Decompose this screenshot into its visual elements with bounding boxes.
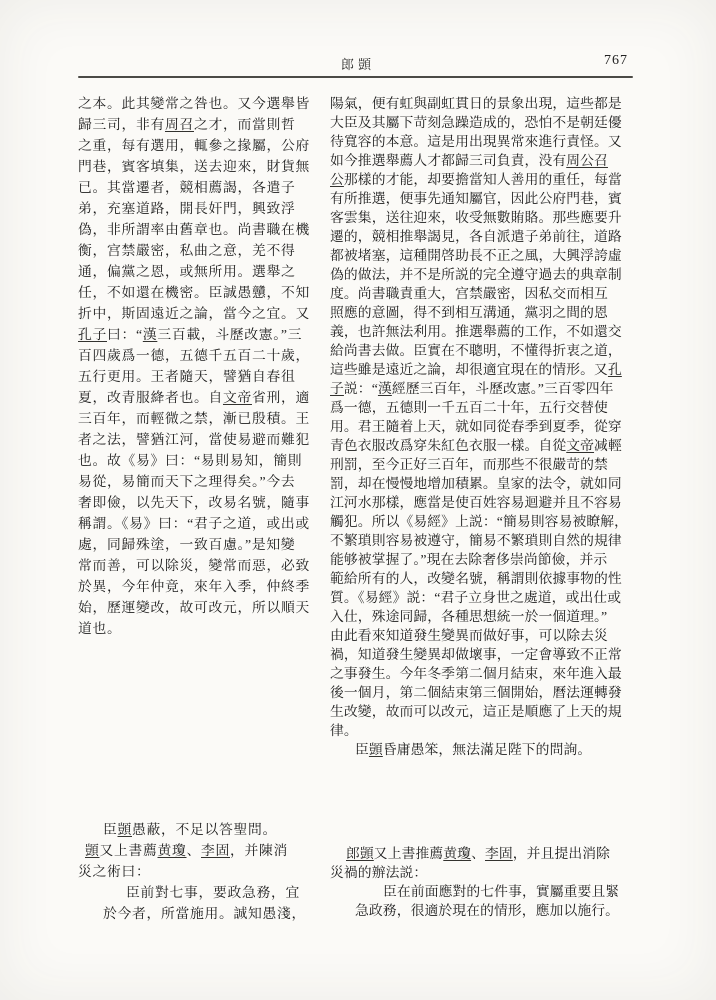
proper-name-underline: 李固 [201, 843, 230, 858]
text-line: 爲一德，五德則一千五百二十年，五行交替使 [330, 398, 638, 417]
text-line: 能够被掌握了。”現在去除奢侈崇尚節儉，并示 [330, 550, 638, 569]
text-line: 客雲集，送往迎來，收受無數賄賂。那些應要升 [330, 208, 638, 227]
text-line: 範給所有的人，改變名號，稱謂則依據事物的性 [330, 569, 638, 588]
proper-name-underline: 文帝 [566, 438, 594, 453]
text-line: 奢即儉，以先天下，改易名號，隨事 [78, 492, 322, 513]
text-line: 之本。此其變常之咎也。又今選舉皆 [78, 93, 322, 114]
translation-column: 陽氣，便有虹與副虹貫日的景象出現，這些都是大臣及其屬下苛刻急躁造成的，恐怕不是朝… [330, 94, 638, 920]
text-line: 如今推選舉薦人才都歸三司負責，没有周公召 [330, 151, 638, 170]
proper-name-underline: 召 [594, 153, 608, 168]
text-line: 有所推選，便事先通知屬官，因此公府門巷，賓 [330, 189, 638, 208]
text-line: 義，也許無法利用。推選舉薦的工作，不如還交 [330, 322, 638, 341]
text-line: 易從，易簡而天下之理得矣。”今去 [78, 471, 322, 492]
text-line: 折中，斯固遠近之論，當今之宜。又 [78, 303, 322, 324]
text-line: 急政務，很適於現在的情形，應加以施行。 [330, 901, 638, 920]
text-line: 罰，却在慢慢地增加積累。皇家的法令，就如同 [330, 474, 638, 493]
text-line: 歸三司，非有周召之才，而當則哲 [78, 114, 322, 135]
text-line: 也。故《易》曰：“易則易知，簡則 [78, 450, 322, 471]
text-line: 始，歷運變改，故可改元，所以順天 [78, 597, 322, 618]
book-page: 郎顗 767 之本。此其變常之咎也。又今選舉皆歸三司，非有周召之才，而當則哲之重… [0, 0, 716, 1000]
text-line: 由此看來知道發生變異而做好事，可以除去災 [330, 626, 638, 645]
text-line: 門巷，賓客填集，送去迎來，財貨無 [78, 156, 322, 177]
text-line: 用。君王隨着上天，就如同從春季到夏季，從穿 [330, 417, 638, 436]
proper-name-underline: 召 [179, 117, 194, 132]
text-line: 這些雖是遠近之論，却很適宜現在的情形。又孔 [330, 360, 638, 379]
text-line: 災之術曰： [78, 861, 322, 882]
text-line: 孔子曰：“漢三百載，斗歷改憲。”三 [78, 324, 322, 345]
proper-name-underline: 漢 [143, 327, 158, 342]
text-line: 通，偏黨之恩，或無所用。選舉之 [78, 261, 322, 282]
text-line: 百四歲爲一德，五德千五百二十歲， [78, 345, 322, 366]
text-line: 刑罰，至今正好三百年，而那些不很嚴苛的禁 [330, 455, 638, 474]
proper-name-underline: 顗 [118, 822, 133, 837]
text-line: 臣在前面應對的七件事，實屬重要且緊 [330, 882, 638, 901]
text-line: 災禍的辦法説： [330, 863, 638, 882]
text-line: 陽氣，便有虹與副虹貫日的景象出現，這些都是 [330, 94, 638, 113]
text-line: 夏，改青服絳者也。自文帝省刑，適 [78, 387, 322, 408]
text-line: 於異，今年仲竟，來年入季，仲終季 [78, 576, 322, 597]
original-text-column: 之本。此其變常之咎也。又今選舉皆歸三司，非有周召之才，而當則哲之重，每有選用，輒… [78, 93, 322, 924]
text-line: 待寬容的本意。這是用出現異常來進行責怪。又 [330, 132, 638, 151]
proper-name-underline: 顗 [369, 742, 383, 757]
proper-name-underline: 黄瓊 [443, 846, 471, 861]
text-line: 任，不如還在機密。臣誠愚戇，不知 [78, 282, 322, 303]
proper-name-underline: 孔子 [78, 327, 107, 342]
text-line: 入仕，殊途同歸，各種思想統一於一個道理。” [330, 607, 638, 626]
text-line: 郎顗又上書推薦黄瓊、李固，并且提出消除 [330, 844, 638, 863]
text-line: 偽，非所謂率由舊章也。尚書職在機 [78, 219, 322, 240]
text-line: 照應的意圖，得不到相互溝通，黨羽之間的恩 [330, 303, 638, 322]
text-line: 已。其當遷者，競相薦謁，各遣子 [78, 177, 322, 198]
text-line: 五行更用。王者隨天，譬猶自春徂 [78, 366, 322, 387]
text-line: 稱謂。《易》曰：“君子之道，或出或 [78, 513, 322, 534]
text-line: 偽的做法，并不是所説的完全遵守過去的典章制 [330, 265, 638, 284]
text-line: 遷的，競相推舉謁見，各自派遣子弟前往，道路 [330, 227, 638, 246]
text-line: 之事發生。今年冬季第二個月結束，來年進入最 [330, 664, 638, 683]
text-line: 子説：“漢經歷三百年，斗歷改憲。”三百零四年 [330, 379, 638, 398]
proper-name-underline: 孔 [608, 362, 622, 377]
text-line: 三百年，而輕微之禁，漸已殷積。王 [78, 408, 322, 429]
proper-name-underline: 李固 [485, 846, 513, 861]
text-line: 度。尚書職責重大，宫禁嚴密，因私交而相互 [330, 284, 638, 303]
proper-name-underline: 漢 [378, 381, 392, 396]
text-line: 弟，充塞道路，開長奸門，興致浮 [78, 198, 322, 219]
proper-name-underline: 周公 [566, 153, 594, 168]
text-line: 者之法，譬猶江河，當使易避而難犯 [78, 429, 322, 450]
text-line: 處，同歸殊塗，一致百慮。”是知變 [78, 534, 322, 555]
text-line: 後一個月，第二個結束第三個開始，曆法運轉發 [330, 683, 638, 702]
text-line: 生改變，故而可以改元，這正是順應了上天的規 [330, 702, 638, 721]
text-line: 臣顗愚蔽，不足以答聖問。 [78, 819, 322, 840]
proper-name-underline: 郎顗 [346, 846, 374, 861]
text-line: 臣前對七事，要政急務，宜 [78, 882, 322, 903]
proper-name-underline: 黄瓊 [158, 843, 187, 858]
text-line: 都被堵塞，這種開啓助長不正之風，大興浮誇虛 [330, 246, 638, 265]
page-number: 767 [604, 53, 628, 69]
text-line: 常而善，可以除災，變常而惡，必致 [78, 555, 322, 576]
text-line: 於今者，所當施用。誠知愚淺， [78, 903, 322, 924]
proper-name-underline: 公 [330, 172, 344, 187]
text-line: 道也。 [78, 618, 322, 639]
proper-name-underline: 顗 [85, 843, 100, 858]
text-line: 禍，知道發生變異却做壞事，一定會導致不正常 [330, 645, 638, 664]
text-line: 臣顗昏庸愚笨，無法滿足陛下的問詢。 [330, 740, 638, 759]
text-line: 之重，每有選用，輒參之掾屬，公府 [78, 135, 322, 156]
proper-name-underline: 文帝 [223, 390, 252, 405]
text-line: 顗又上書薦黄瓊、李固，并陳消 [78, 840, 322, 861]
text-line: 公那樣的才能，却要擔當知人善用的重任，每當 [330, 170, 638, 189]
proper-name-underline: 周 [165, 117, 180, 132]
text-line: 給尚書去做。臣實在不聰明，不懂得折衷之道， [330, 341, 638, 360]
proper-name-underline: 子 [330, 381, 344, 396]
header-rule [78, 76, 633, 78]
text-line: 律。 [330, 721, 638, 740]
text-line: 青色衣服改爲穿朱紅色衣服一樣。自從文帝减輕 [330, 436, 638, 455]
text-line: 觸犯。所以《易經》上説：“簡易則容易被瞭解， [330, 512, 638, 531]
text-line: 大臣及其屬下苛刻急躁造成的，恐怕不是朝廷優 [330, 113, 638, 132]
text-line: 不繁瑣則容易被遵守，簡易不繁瑣則自然的規律 [330, 531, 638, 550]
text-line: 質。《易經》説：“君子立身世之處道，或出仕或 [330, 588, 638, 607]
text-line: 衡，宫禁嚴密，私曲之意，羌不得 [78, 240, 322, 261]
text-line: 江河水那樣，應當是使百姓容易迴避并且不容易 [330, 493, 638, 512]
